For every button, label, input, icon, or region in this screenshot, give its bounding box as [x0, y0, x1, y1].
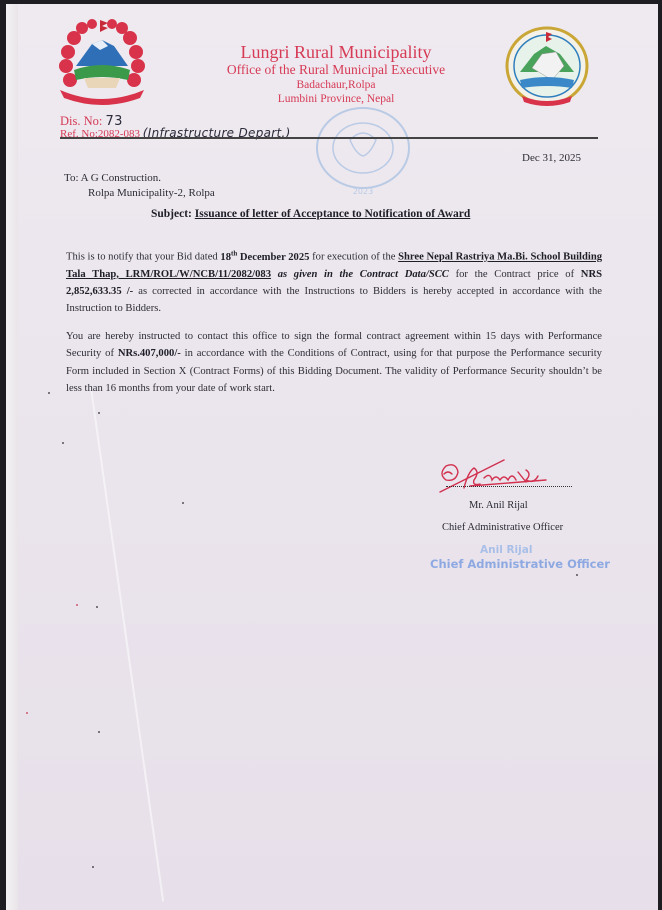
paper-crease — [90, 386, 164, 901]
scan-speck — [76, 604, 78, 606]
security-amount: NRs.407,000/- — [118, 348, 181, 359]
recipient-line-2: Rolpa Municipality-2, Rolpa — [88, 187, 215, 199]
stamp-year: 2023 — [353, 187, 373, 196]
paragraph-instructions: You are hereby instructed to contact thi… — [66, 328, 602, 397]
paragraph-award: This is to notify that your Bid dated 18… — [66, 245, 602, 318]
stamp-signer-name: Anil Rijal — [480, 544, 532, 556]
bid-date: 18th December 2025 — [220, 252, 309, 263]
subject-label: Subject: — [151, 208, 192, 220]
letter-page: Lungri Rural Municipality Office of the … — [6, 4, 658, 910]
header-divider — [60, 137, 598, 139]
letter-date: Dec 31, 2025 — [522, 152, 581, 164]
office-stamp-icon: 2023 — [308, 98, 418, 198]
municipality-seal-icon — [502, 24, 592, 110]
address-line-1: Badachaur,Rolpa — [176, 79, 496, 91]
subject-line: Subject: Issuance of letter of Acceptanc… — [151, 208, 470, 220]
bid-month-year: December 2025 — [237, 252, 309, 263]
scan-speck — [48, 392, 50, 394]
bid-day: 18 — [220, 252, 231, 263]
p1-text-2: for execution of the — [309, 252, 398, 263]
organization-name: Lungri Rural Municipality — [176, 42, 496, 63]
signature-icon — [434, 452, 574, 496]
contract-data-ref: as given in the Contract Data/SCC — [271, 269, 449, 280]
p1-text-4: for the Contract price of — [449, 269, 581, 280]
recipient-line-1: To: A G Construction. — [64, 172, 161, 184]
scan-speck — [576, 574, 578, 576]
nepal-emblem-icon — [54, 16, 150, 108]
office-name: Office of the Rural Municipal Executive — [176, 62, 496, 78]
scan-speck — [98, 731, 100, 733]
scan-speck — [98, 412, 100, 414]
scan-speck — [182, 502, 184, 504]
page-edge — [6, 4, 18, 910]
signature-line — [446, 486, 572, 487]
p1-text-1: This is to notify that your Bid dated — [66, 252, 220, 263]
scan-speck — [26, 712, 28, 714]
signer-title: Chief Administrative Officer — [442, 522, 563, 533]
scan-speck — [96, 606, 98, 608]
stamp-signer-title: Chief Administrative Officer — [430, 557, 610, 571]
signer-name: Mr. Anil Rijal — [469, 500, 528, 511]
subject-text: Issuance of letter of Acceptance to Noti… — [195, 208, 471, 220]
scan-speck — [92, 866, 94, 868]
p1-text-5: as corrected in accordance with the Inst… — [66, 286, 602, 314]
scan-speck — [62, 442, 64, 444]
